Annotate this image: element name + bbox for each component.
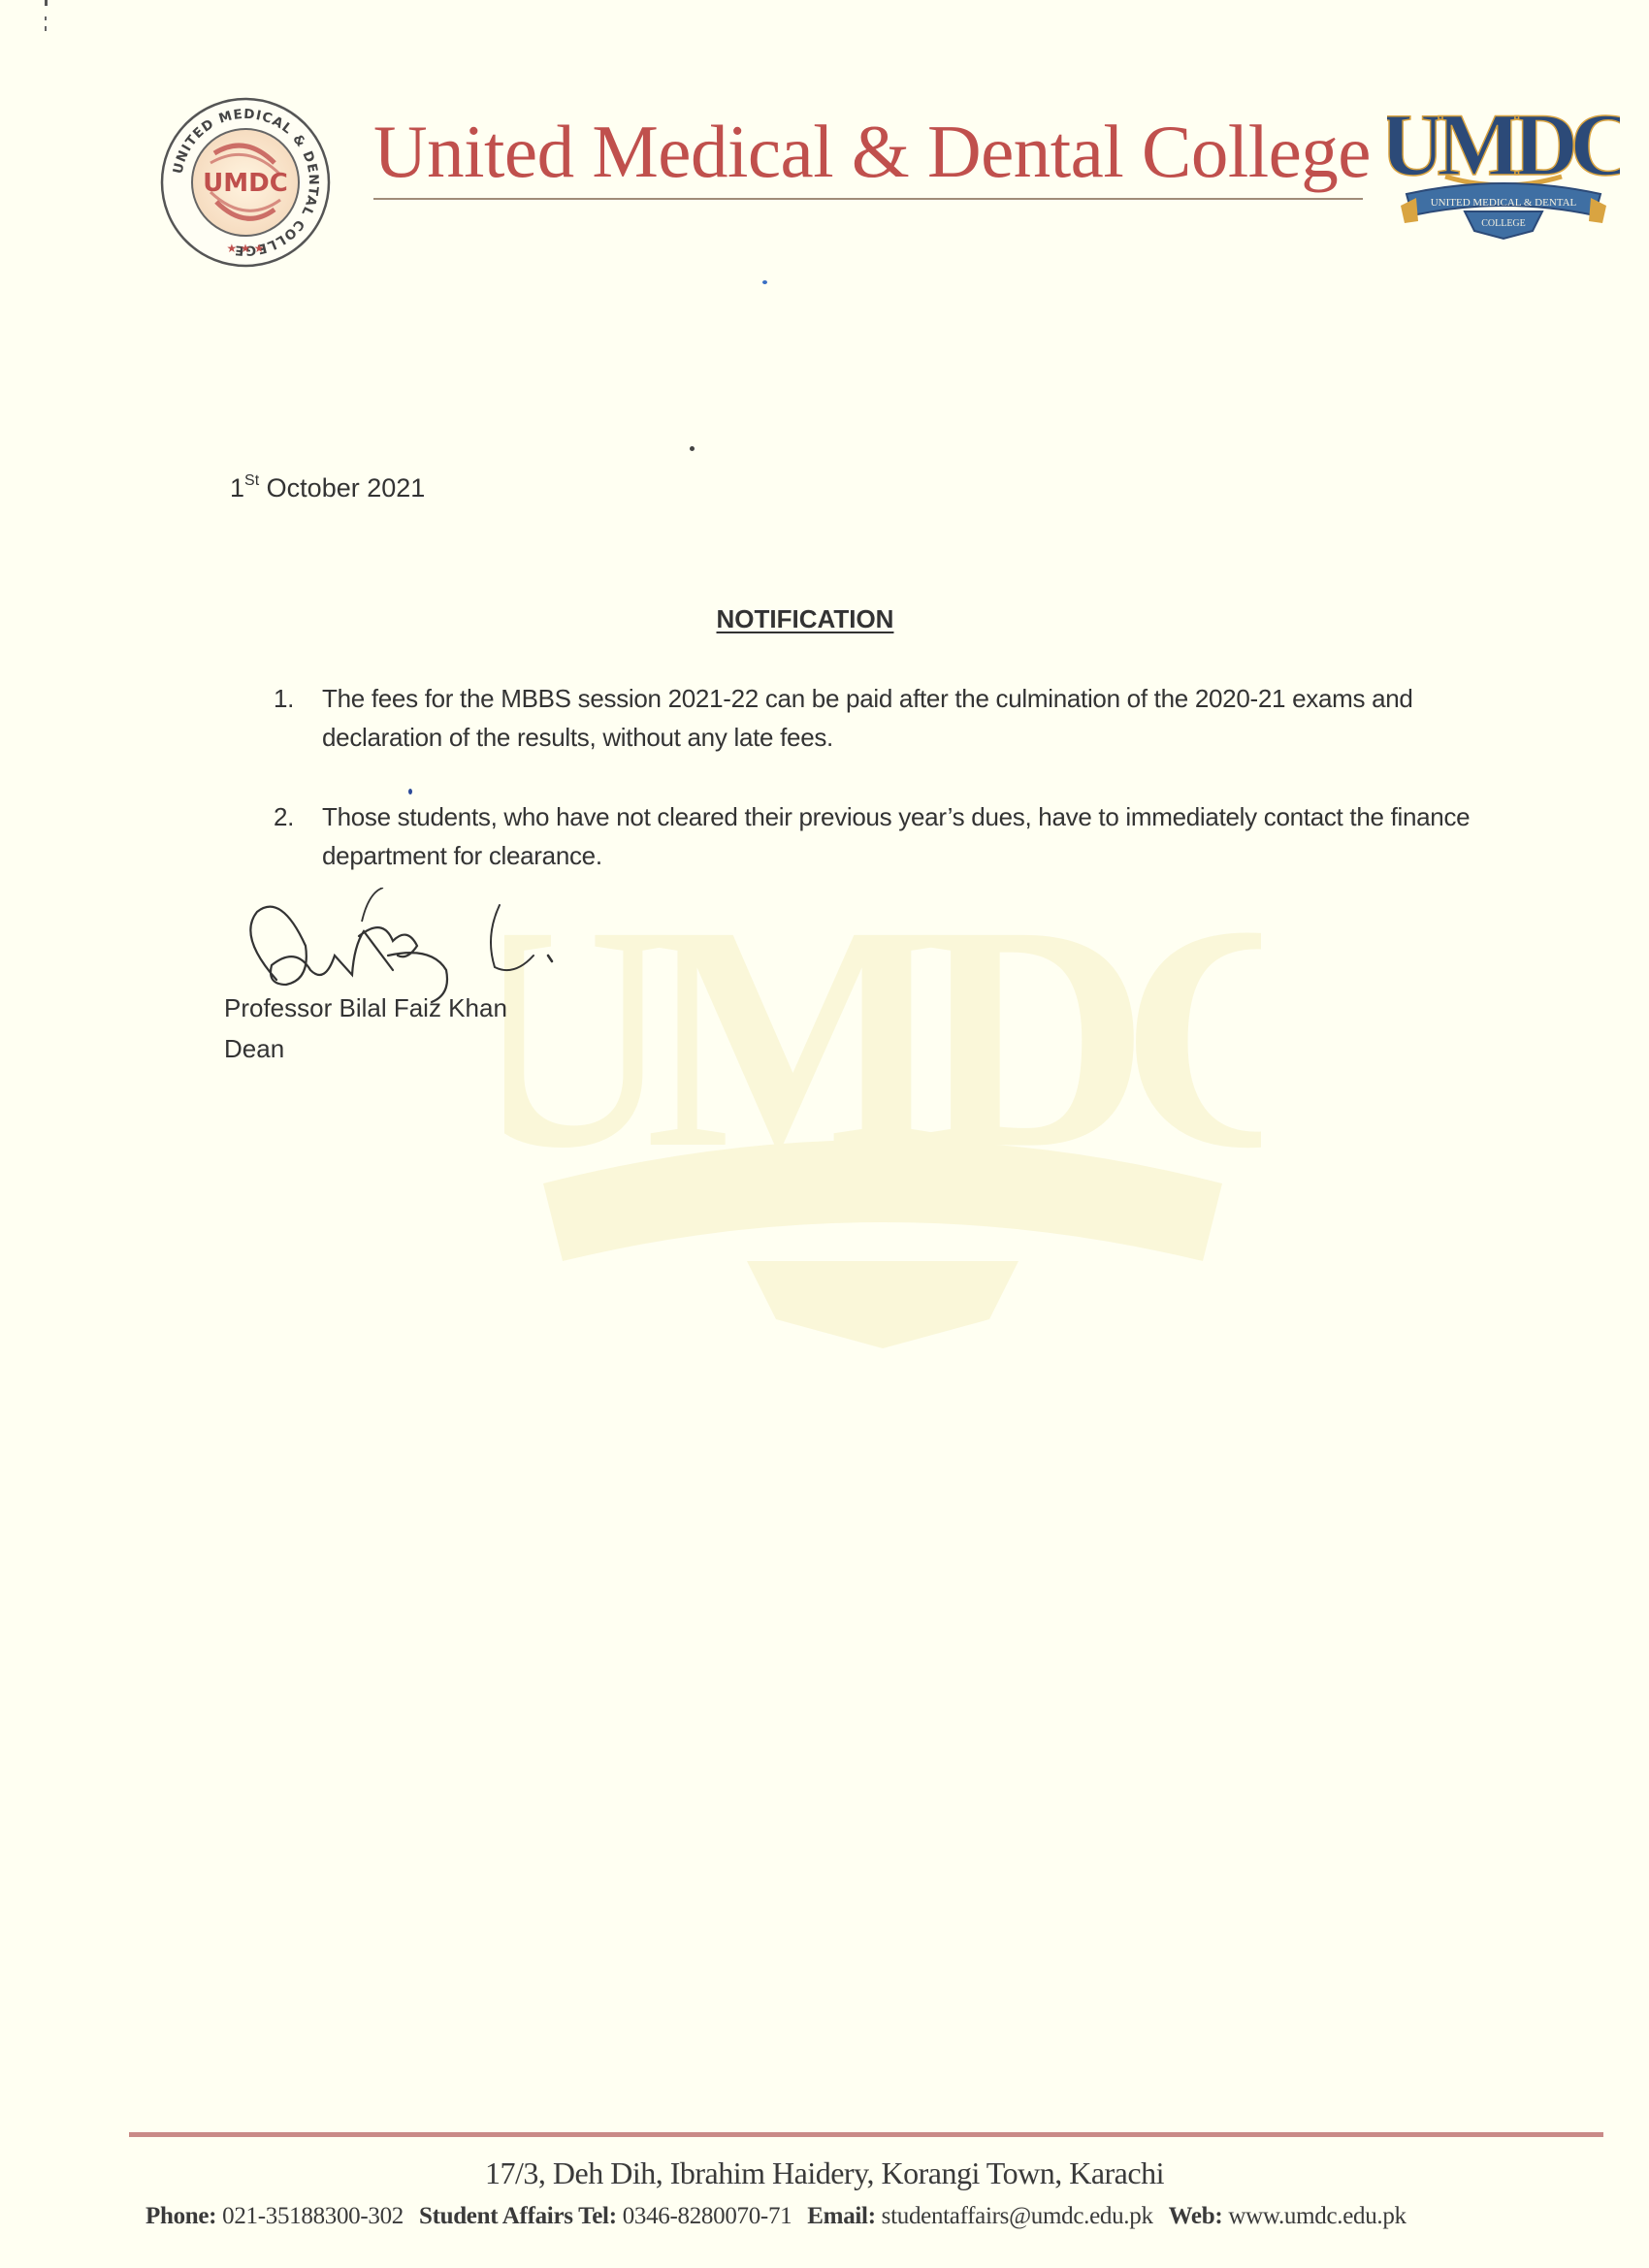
scan-speck (690, 446, 695, 451)
item-number: 1. (274, 679, 294, 718)
signatory-block: Professor Bilal Faiz Khan Dean (224, 988, 507, 1069)
scan-artifact (45, 0, 48, 33)
footer-web[interactable]: Web: www.umdc.edu.pk (1169, 2203, 1406, 2229)
svg-text:COLLEGE: COLLEGE (1481, 218, 1526, 229)
signatory-title: Dean (224, 1028, 507, 1069)
college-name-title: United Medical & Dental College (373, 114, 1371, 189)
scan-speck (408, 789, 412, 794)
svg-text:UNITED MEDICAL & DENTAL: UNITED MEDICAL & DENTAL (1431, 197, 1577, 209)
svg-text:UMDC: UMDC (203, 169, 288, 198)
notification-item: 1. The fees for the MBBS session 2021-22… (272, 679, 1494, 757)
item-text: The fees for the MBBS session 2021-22 ca… (322, 684, 1413, 752)
footer-phone: Phone: 021-35188300-302 (145, 2203, 404, 2229)
umdc-crest-logo: UMDC UNITED MEDICAL & DENTAL COLLEGE (1387, 97, 1620, 243)
umdc-watermark: UMDC (504, 854, 1261, 1358)
signatory-name: Professor Bilal Faiz Khan (224, 988, 507, 1028)
notification-items: 1. The fees for the MBBS session 2021-22… (272, 679, 1494, 875)
footer-student-affairs: Student Affairs Tel: 0346-8280070-71 (419, 2203, 792, 2229)
letter-date: 1St October 2021 (230, 473, 425, 503)
footer-address: 17/3, Deh Dih, Ibrahim Haidery, Korangi … (0, 2155, 1649, 2191)
notification-heading: NOTIFICATION (0, 604, 1610, 634)
letter-page: UMDC UNITED MEDICAL & DENTAL COLLEGE ★ ★… (0, 0, 1649, 2268)
item-number: 2. (274, 797, 294, 836)
svg-text:★ ★ ★: ★ ★ ★ (227, 242, 265, 255)
scan-speck (762, 280, 767, 284)
footer-contact-line: Phone: 021-35188300-302 Student Affairs … (145, 2203, 1600, 2230)
footer-rule (129, 2132, 1603, 2137)
umdc-seal-logo: UMDC UNITED MEDICAL & DENTAL COLLEGE ★ ★… (158, 95, 333, 270)
notification-item: 2. Those students, who have not cleared … (272, 797, 1494, 875)
footer-email[interactable]: Email: studentaffairs@umdc.edu.pk (807, 2203, 1152, 2229)
signature-mark (238, 888, 577, 1004)
svg-text:UMDC: UMDC (1387, 97, 1620, 194)
title-underline (373, 198, 1363, 200)
item-text: Those students, who have not cleared the… (322, 802, 1470, 870)
